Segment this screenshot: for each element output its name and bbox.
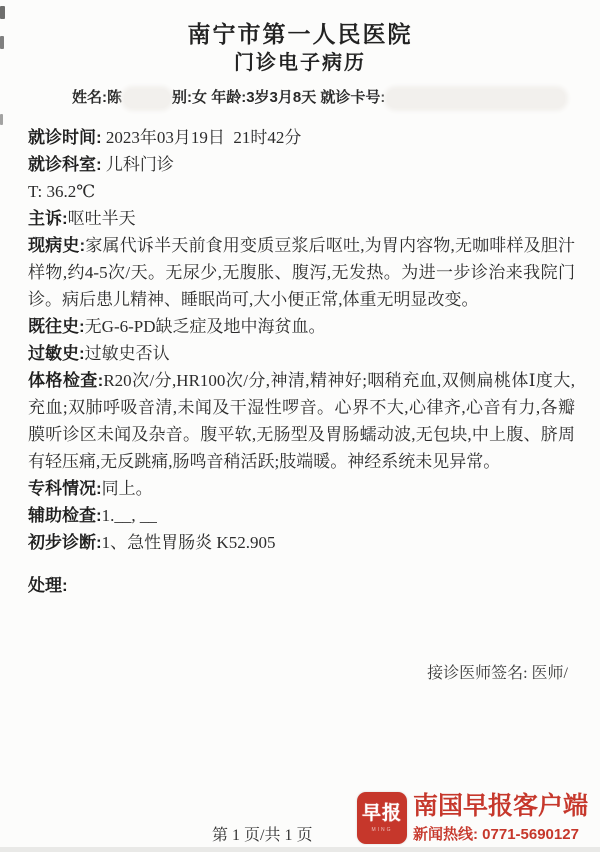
field-value: 1.__, __: [102, 506, 157, 525]
card-label: 就诊卡号:: [316, 89, 385, 106]
field-value: 过敏史否认: [85, 344, 170, 363]
field-visit-time: 就诊时间: 2023年03月19日 21时42分: [28, 124, 575, 151]
field-label: 处理:: [28, 576, 68, 595]
zaobao-logo-icon: 早报 MING: [357, 792, 407, 844]
redaction-blur-name: [124, 89, 170, 108]
signature-label: 接诊医师签名:: [427, 665, 527, 682]
record-body: 就诊时间: 2023年03月19日 21时42分 就诊科室: 儿科门诊 T: 3…: [28, 124, 575, 599]
name-value: 陈: [107, 89, 122, 106]
name-label: 姓名:: [72, 89, 107, 106]
field-value: R20次/分,HR100次/分,神清,精神好;咽稍充血,双侧扁桃体Ⅰ度大,充血;…: [28, 371, 575, 471]
field-value: 2023年03月19日 21时42分: [102, 128, 302, 147]
field-auxiliary-exam: 辅助检查:1.__, __: [28, 502, 575, 529]
logo-text: 早报: [362, 803, 402, 825]
field-preliminary-diagnosis: 初步诊断:1、急性胃肠炎 K52.905: [28, 529, 575, 556]
field-temperature: T: 36.2℃: [28, 178, 575, 205]
redaction-blur-card: [387, 89, 565, 108]
hospital-name: 南宁市第一人民医院: [0, 16, 600, 49]
field-label: 初步诊断:: [28, 533, 102, 552]
field-allergy-history: 过敏史:过敏史否认: [28, 340, 575, 367]
field-value: 36.2℃: [42, 182, 95, 201]
field-value: 1、急性胃肠炎 K52.905: [102, 533, 276, 552]
page-indicator: 第 1 页/共 1 页: [212, 822, 312, 845]
field-label: 主诉:: [28, 209, 68, 228]
age-value: 3岁3月8天: [246, 89, 316, 106]
scan-artifact: [0, 114, 3, 125]
field-value: 呕吐半天: [68, 209, 136, 228]
field-label: 专科情况:: [28, 479, 102, 498]
field-present-illness: 现病史:家属代诉半天前食用变质豆浆后呕吐,为胃内容物,无咖啡样及胆汁样物,约4-…: [28, 232, 575, 313]
field-past-history: 既往史:无G-6-PD缺乏症及地中海贫血。: [28, 313, 575, 340]
field-label: 就诊时间:: [28, 128, 102, 147]
field-treatment: 处理:: [28, 572, 575, 599]
signature-value: 医师/: [528, 665, 568, 682]
field-label: 既往史:: [28, 317, 85, 336]
field-label: 现病史:: [28, 236, 85, 255]
field-value: 无G-6-PD缺乏症及地中海贫血。: [85, 317, 326, 336]
page-bottom-edge: [0, 847, 600, 852]
field-label: T:: [28, 182, 42, 201]
doctor-signature: 接诊医师签名: 医师/: [427, 660, 568, 683]
field-label: 就诊科室:: [28, 155, 102, 174]
document-page: 南宁市第一人民医院 门诊电子病历 姓名:陈别:女 年龄:3岁3月8天 就诊卡号:…: [0, 0, 600, 852]
logo-subtext: MING: [371, 827, 392, 834]
brand-name: 南国早报客户端: [413, 791, 588, 821]
age-label: 年龄:: [207, 89, 246, 106]
field-label: 过敏史:: [28, 344, 85, 363]
field-value: 同上。: [102, 479, 153, 498]
field-value: 儿科门诊: [102, 155, 174, 174]
document-title: 门诊电子病历: [0, 46, 600, 75]
gender-label: 别:: [172, 89, 192, 106]
field-department: 就诊科室: 儿科门诊: [28, 151, 575, 178]
field-specialty-status: 专科情况:同上。: [28, 475, 575, 502]
patient-info-row: 姓名:陈别:女 年龄:3岁3月8天 就诊卡号:: [72, 87, 590, 109]
field-physical-exam: 体格检查:R20次/分,HR100次/分,神清,精神好;咽稍充血,双侧扁桃体Ⅰ度…: [28, 367, 575, 475]
field-chief-complaint: 主诉:呕吐半天: [28, 205, 575, 232]
news-hotline: 新闻热线: 0771-5690127: [413, 823, 579, 844]
field-value: 家属代诉半天前食用变质豆浆后呕吐,为胃内容物,无咖啡样及胆汁样物,约4-5次/天…: [28, 236, 575, 309]
gender-value: 女: [192, 89, 207, 106]
field-label: 辅助检查:: [28, 506, 102, 525]
field-label: 体格检查:: [28, 371, 103, 390]
